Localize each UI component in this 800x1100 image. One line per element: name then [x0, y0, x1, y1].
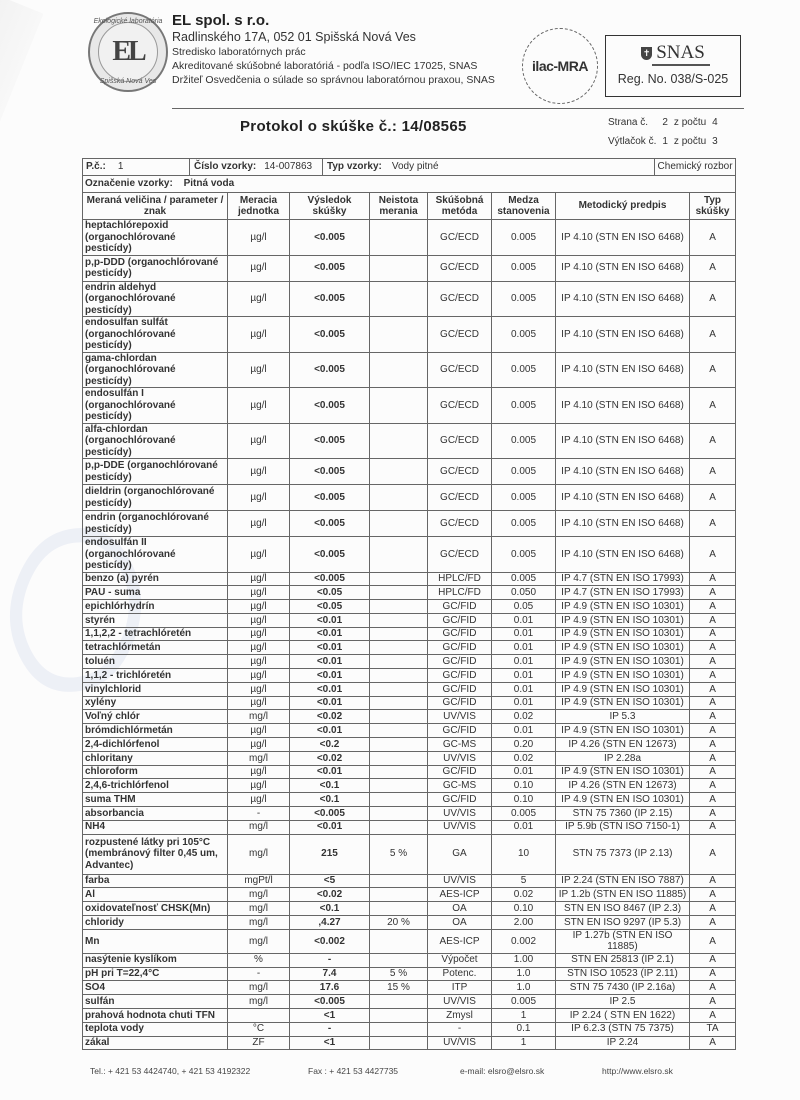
cell-method: HPLC/FD [428, 586, 492, 600]
cell-result: <0.005 [290, 485, 370, 511]
cell-method: UV/VIS [428, 995, 492, 1009]
cell-unit: µg/l [228, 600, 290, 614]
cell-result: <0.01 [290, 724, 370, 738]
cell-parameter: farba [83, 874, 228, 888]
cell-test-type: A [690, 765, 736, 779]
cislo-label: Číslo vzorky: [194, 161, 256, 173]
table-row: farbamgPt/l<5UV/VIS5IP 2.24 (STN EN ISO … [83, 874, 736, 888]
cell-uncertainty [370, 600, 428, 614]
cell-uncertainty [370, 423, 428, 459]
cell-unit: mg/l [228, 916, 290, 930]
cell-test-type: A [690, 388, 736, 424]
cell-regulation: IP 4.9 (STN EN ISO 10301) [556, 613, 690, 627]
cell-parameter: nasýtenie kyslíkom [83, 953, 228, 967]
cell-regulation: IP 5.9b (STN ISO 7150-1) [556, 820, 690, 834]
cell-method: GC/ECD [428, 281, 492, 317]
cell-result: <0.005 [290, 511, 370, 537]
cell-result: <1 [290, 1009, 370, 1023]
cell-method: GC/FID [428, 724, 492, 738]
cell-uncertainty: 5 % [370, 967, 428, 981]
cell-test-type: A [690, 967, 736, 981]
cell-parameter: 2,4,6-trichlórfenol [83, 779, 228, 793]
cell-result: <0.1 [290, 902, 370, 916]
cell-limit: 1.00 [492, 953, 556, 967]
cell-uncertainty [370, 902, 428, 916]
cell-limit: 0.01 [492, 724, 556, 738]
oznacenie-label: Označenie vzorky: [85, 178, 173, 189]
cell-unit [228, 1009, 290, 1023]
cell-method: - [428, 1022, 492, 1036]
cell-regulation: IP 4.10 (STN EN ISO 6468) [556, 423, 690, 459]
company-address: Radlinského 17A, 052 01 Spišská Nová Ves [172, 30, 495, 45]
table-row: PAU - sumaµg/l<0.05HPLC/FD0.050IP 4.7 (S… [83, 586, 736, 600]
cell-limit: 1 [492, 1009, 556, 1023]
cell-parameter: Al [83, 888, 228, 902]
cell-unit: µg/l [228, 511, 290, 537]
strana-total: 4 [712, 114, 722, 131]
table-row: p,p-DDD (organochlórované pesticídy)µg/l… [83, 255, 736, 281]
table-row: toluénµg/l<0.01GC/FID0.01IP 4.9 (STN EN … [83, 655, 736, 669]
cell-result: 215 [290, 834, 370, 874]
cell-limit: 0.20 [492, 738, 556, 752]
rozbor-label: Chemický rozbor [654, 159, 735, 175]
table-row: benzo (a) pyrénµg/l<0.005HPLC/FD0.005IP … [83, 572, 736, 586]
cell-test-type: A [690, 682, 736, 696]
cell-method: GC/ECD [428, 388, 492, 424]
cell-uncertainty [370, 738, 428, 752]
cell-parameter: xylény [83, 696, 228, 710]
cell-result: <0.005 [290, 807, 370, 821]
cell-limit: 0.050 [492, 586, 556, 600]
table-row: brómdichlórmetánµg/l<0.01GC/FID0.01IP 4.… [83, 724, 736, 738]
cell-test-type: A [690, 459, 736, 485]
cell-unit: - [228, 807, 290, 821]
table-row: gama-chlordan (organochlórované pesticíd… [83, 352, 736, 388]
cell-unit: - [228, 967, 290, 981]
cell-uncertainty [370, 751, 428, 765]
cell-parameter: epichlórhydrín [83, 600, 228, 614]
cell-test-type: A [690, 807, 736, 821]
cell-parameter: chloridy [83, 916, 228, 930]
ilac-label: ilac-MRA [532, 58, 588, 74]
cell-uncertainty [370, 388, 428, 424]
cell-parameter: prahová hodnota chuti TFN [83, 1009, 228, 1023]
cell-result: <0.01 [290, 627, 370, 641]
cell-method: UV/VIS [428, 751, 492, 765]
table-row: oxidovateľnosť CHSK(Mn)mg/l<0.1OA0.10STN… [83, 902, 736, 916]
cell-limit: 1 [492, 1036, 556, 1050]
cell-parameter: rozpustené látky pri 105°C (membránový f… [83, 834, 228, 874]
cell-parameter: 2,4-dichlórfenol [83, 738, 228, 752]
cell-method: UV/VIS [428, 807, 492, 821]
cell-limit: 0.005 [492, 459, 556, 485]
cell-result: <0.02 [290, 888, 370, 902]
cell-uncertainty [370, 537, 428, 573]
footer-website[interactable]: http://www.elsro.sk [602, 1066, 673, 1076]
cell-regulation: IP 1.2b (STN EN ISO 11885) [556, 888, 690, 902]
strana-total-label: z počtu [674, 114, 710, 131]
cell-unit: µg/l [228, 423, 290, 459]
cell-method: GC/FID [428, 669, 492, 683]
cell-parameter: zákal [83, 1036, 228, 1050]
cell-limit: 0.01 [492, 765, 556, 779]
cell-result: - [290, 1022, 370, 1036]
protocol-title: Protokol o skúške č.: 14/08565 [240, 118, 467, 135]
cell-regulation: IP 4.10 (STN EN ISO 6468) [556, 317, 690, 353]
cell-method: GC/FID [428, 641, 492, 655]
company-name: EL spol. s r.o. [172, 12, 495, 30]
cell-test-type: A [690, 281, 736, 317]
cell-method: GC/FID [428, 793, 492, 807]
cell-test-type: A [690, 981, 736, 995]
cell-result: <0.01 [290, 669, 370, 683]
typ-label: Typ vzorky: [327, 161, 382, 173]
cell-uncertainty [370, 255, 428, 281]
cell-test-type: A [690, 627, 736, 641]
table-row: chloroformµg/l<0.01GC/FID0.01IP 4.9 (STN… [83, 765, 736, 779]
cell-parameter: p,p-DDE (organochlórované pesticídy) [83, 459, 228, 485]
cell-regulation: IP 2.24 ( STN EN 1622) [556, 1009, 690, 1023]
cell-uncertainty [370, 995, 428, 1009]
cell-test-type: A [690, 255, 736, 281]
cell-parameter: SO4 [83, 981, 228, 995]
cell-limit: 0.005 [492, 807, 556, 821]
cell-test-type: A [690, 572, 736, 586]
cell-uncertainty: 5 % [370, 834, 428, 874]
snas-badge: ✝ SNAS Reg. No. 038/S-025 [605, 35, 741, 97]
cell-regulation: IP 4.10 (STN EN ISO 6468) [556, 220, 690, 256]
table-row: rozpustené látky pri 105°C (membránový f… [83, 834, 736, 874]
cell-result: 7.4 [290, 967, 370, 981]
cell-test-type: A [690, 600, 736, 614]
cell-uncertainty [370, 586, 428, 600]
cell-limit: 0.01 [492, 682, 556, 696]
cell-parameter: chloroform [83, 765, 228, 779]
cell-result: <0.005 [290, 317, 370, 353]
snas-reg-number: Reg. No. 038/S-025 [606, 72, 740, 86]
cell-parameter: p,p-DDD (organochlórované pesticídy) [83, 255, 228, 281]
cell-uncertainty [370, 669, 428, 683]
cell-parameter: sulfán [83, 995, 228, 1009]
cell-regulation: IP 2.28a [556, 751, 690, 765]
cell-limit: 0.01 [492, 696, 556, 710]
cell-unit: % [228, 953, 290, 967]
cell-uncertainty: 15 % [370, 981, 428, 995]
cell-uncertainty [370, 807, 428, 821]
cell-regulation: IP 4.9 (STN EN ISO 10301) [556, 724, 690, 738]
cell-regulation: IP 4.9 (STN EN ISO 10301) [556, 696, 690, 710]
cell-parameter: dieldrin (organochlórované pesticídy) [83, 485, 228, 511]
cell-regulation: IP 2.24 (STN EN ISO 7887) [556, 874, 690, 888]
cell-result: <0.005 [290, 352, 370, 388]
cell-limit: 0.02 [492, 888, 556, 902]
table-row: endosulfán II (organochlórované pesticíd… [83, 537, 736, 573]
cell-limit: 1.0 [492, 967, 556, 981]
cell-parameter: brómdichlórmetán [83, 724, 228, 738]
cell-unit: µg/l [228, 765, 290, 779]
cell-result: 17.6 [290, 981, 370, 995]
cell-method: GC/ECD [428, 537, 492, 573]
cell-method: UV/VIS [428, 820, 492, 834]
cell-uncertainty [370, 1009, 428, 1023]
cell-regulation: IP 4.7 (STN EN ISO 17993) [556, 586, 690, 600]
cell-unit: µg/l [228, 738, 290, 752]
cell-unit: mg/l [228, 929, 290, 953]
cell-method: GC/ECD [428, 255, 492, 281]
cell-method: GC/ECD [428, 352, 492, 388]
cell-unit: µg/l [228, 572, 290, 586]
cell-regulation: IP 4.10 (STN EN ISO 6468) [556, 255, 690, 281]
cell-parameter: NH4 [83, 820, 228, 834]
cell-unit: mg/l [228, 751, 290, 765]
cell-test-type: A [690, 724, 736, 738]
cell-unit: µg/l [228, 641, 290, 655]
cell-limit: 0.005 [492, 352, 556, 388]
cell-regulation: IP 4.9 (STN EN ISO 10301) [556, 600, 690, 614]
cell-parameter: gama-chlordan (organochlórované pesticíd… [83, 352, 228, 388]
cell-method: GC/ECD [428, 317, 492, 353]
cell-method: UV/VIS [428, 1036, 492, 1050]
cell-limit: 0.10 [492, 779, 556, 793]
cell-uncertainty [370, 627, 428, 641]
cell-limit: 5 [492, 874, 556, 888]
logo-monogram: EL [98, 22, 158, 82]
cell-parameter: alfa-chlordan (organochlórované pesticíd… [83, 423, 228, 459]
cell-uncertainty [370, 1022, 428, 1036]
cell-result: <0.1 [290, 793, 370, 807]
cell-test-type: A [690, 779, 736, 793]
table-row: absorbancia-<0.005UV/VIS0.005STN 75 7360… [83, 807, 736, 821]
table-row: SO4mg/l17.615 %ITP1.0STN 75 7430 (IP 2.1… [83, 981, 736, 995]
cell-result: <0.005 [290, 388, 370, 424]
cell-limit: 0.005 [492, 537, 556, 573]
cell-regulation: IP 4.10 (STN EN ISO 6468) [556, 388, 690, 424]
cell-unit: µg/l [228, 281, 290, 317]
table-row: nasýtenie kyslíkom%-Výpočet1.00STN EN 25… [83, 953, 736, 967]
col-header-uncertainty: Neistota merania [370, 193, 428, 220]
cell-uncertainty [370, 281, 428, 317]
cell-test-type: A [690, 1009, 736, 1023]
cell-regulation: IP 6.2.3 (STN 75 7375) [556, 1022, 690, 1036]
cell-unit: µg/l [228, 317, 290, 353]
vytlacok-value: 1 [662, 133, 672, 150]
cell-test-type: A [690, 511, 736, 537]
cislo-value: 14-007863 [264, 161, 312, 173]
cell-parameter: endrin (organochlórované pesticídy) [83, 511, 228, 537]
cell-parameter: tetrachlórmetán [83, 641, 228, 655]
cell-parameter: pH pri T=22,4°C [83, 967, 228, 981]
cell-parameter: 1,1,2,2 - tetrachlóretén [83, 627, 228, 641]
table-row: pH pri T=22,4°C-7.45 %Potenc.1.0STN ISO … [83, 967, 736, 981]
cell-uncertainty [370, 820, 428, 834]
cell-result: - [290, 953, 370, 967]
cell-regulation: STN EN ISO 8467 (IP 2.3) [556, 902, 690, 916]
table-header-row: Meraná veličina / parameter / znak Merac… [83, 193, 736, 220]
cell-regulation: IP 4.9 (STN EN ISO 10301) [556, 627, 690, 641]
cell-unit: mg/l [228, 995, 290, 1009]
cell-method: UV/VIS [428, 874, 492, 888]
cell-result: ,4.27 [290, 916, 370, 930]
cell-test-type: A [690, 696, 736, 710]
cell-unit: µg/l [228, 779, 290, 793]
cell-result: <0.01 [290, 613, 370, 627]
footer-email[interactable]: e-mail: elsro@elsro.sk [460, 1066, 544, 1076]
cell-unit: mg/l [228, 834, 290, 874]
cell-uncertainty [370, 888, 428, 902]
cell-result: <0.2 [290, 738, 370, 752]
cell-method: OA [428, 902, 492, 916]
cell-method: GC/ECD [428, 459, 492, 485]
company-line-3: Držiteľ Osvedčenia o súlade so správnou … [172, 73, 495, 87]
cell-limit: 2.00 [492, 916, 556, 930]
cell-result: <5 [290, 874, 370, 888]
company-line-1: Stredisko laboratórnych prác [172, 45, 495, 59]
cell-unit: µg/l [228, 627, 290, 641]
table-row: endosulfán I (organochlórované pesticídy… [83, 388, 736, 424]
cell-regulation: STN 75 7373 (IP 2.13) [556, 834, 690, 874]
cell-test-type: A [690, 953, 736, 967]
cell-method: AES-ICP [428, 929, 492, 953]
cell-result: <0.01 [290, 655, 370, 669]
cell-limit: 0.01 [492, 820, 556, 834]
cell-unit: mg/l [228, 981, 290, 995]
cell-limit: 0.002 [492, 929, 556, 953]
cell-unit: mg/l [228, 888, 290, 902]
cell-test-type: A [690, 834, 736, 874]
cell-test-type: A [690, 586, 736, 600]
cell-limit: 1.0 [492, 981, 556, 995]
cell-limit: 0.005 [492, 423, 556, 459]
cell-regulation: STN 75 7430 (IP 2.16a) [556, 981, 690, 995]
cell-regulation: IP 4.10 (STN EN ISO 6468) [556, 352, 690, 388]
oznacenie-value: Pitná voda [184, 178, 235, 189]
table-row: zákalZF<1UV/VIS1IP 2.24A [83, 1036, 736, 1050]
cell-method: Potenc. [428, 967, 492, 981]
cell-method: GC-MS [428, 779, 492, 793]
cell-uncertainty [370, 710, 428, 724]
cell-unit: µg/l [228, 682, 290, 696]
cell-test-type: A [690, 613, 736, 627]
sample-info-row: P.č.: 1 Číslo vzorky: 14-007863 Typ vzor… [83, 159, 736, 176]
cell-regulation: IP 4.10 (STN EN ISO 6468) [556, 485, 690, 511]
table-row: alfa-chlordan (organochlórované pesticíd… [83, 423, 736, 459]
cell-limit: 0.10 [492, 902, 556, 916]
cell-result: <0.02 [290, 710, 370, 724]
table-row: endrin (organochlórované pesticídy)µg/l<… [83, 511, 736, 537]
table-row: Almg/l<0.02AES-ICP0.02IP 1.2b (STN EN IS… [83, 888, 736, 902]
cell-test-type: A [690, 710, 736, 724]
cell-uncertainty [370, 1036, 428, 1050]
cell-test-type: A [690, 916, 736, 930]
cell-result: <0.005 [290, 423, 370, 459]
logo-ring-top-text: Ekologické laboratória [90, 18, 166, 25]
cell-unit: µg/l [228, 220, 290, 256]
company-line-2: Akreditované skúšobné laboratóriá - podľ… [172, 59, 495, 73]
cell-result: <0.002 [290, 929, 370, 953]
cell-result: <0.1 [290, 779, 370, 793]
cell-uncertainty [370, 779, 428, 793]
cell-test-type: TA [690, 1022, 736, 1036]
cell-method: GA [428, 834, 492, 874]
cell-unit: µg/l [228, 388, 290, 424]
cell-uncertainty [370, 696, 428, 710]
cell-regulation: IP 4.10 (STN EN ISO 6468) [556, 459, 690, 485]
cell-uncertainty [370, 724, 428, 738]
cell-unit: µg/l [228, 655, 290, 669]
cell-unit: µg/l [228, 352, 290, 388]
pc-label: P.č.: [86, 161, 106, 173]
table-row: NH4mg/l<0.01UV/VIS0.01IP 5.9b (STN ISO 7… [83, 820, 736, 834]
cell-result: <0.05 [290, 600, 370, 614]
cell-parameter: toluén [83, 655, 228, 669]
cell-method: GC/ECD [428, 511, 492, 537]
table-row: styrénµg/l<0.01GC/FID0.01IP 4.9 (STN EN … [83, 613, 736, 627]
cell-uncertainty [370, 874, 428, 888]
cell-result: <0.01 [290, 820, 370, 834]
cell-parameter: endosulfan sulfát (organochlórované pest… [83, 317, 228, 353]
lab-logo: Ekologické laboratória EL Spišská Nová V… [88, 12, 168, 92]
cell-unit: mgPt/l [228, 874, 290, 888]
cell-test-type: A [690, 793, 736, 807]
cell-limit: 0.05 [492, 600, 556, 614]
cell-method: UV/VIS [428, 710, 492, 724]
cell-limit: 0.10 [492, 793, 556, 807]
typ-value: Vody pitné [392, 161, 439, 173]
cell-regulation: IP 1.27b (STN EN ISO 11885) [556, 929, 690, 953]
cell-result: <0.02 [290, 751, 370, 765]
table-row: vinylchloridµg/l<0.01GC/FID0.01IP 4.9 (S… [83, 682, 736, 696]
cell-limit: 0.01 [492, 627, 556, 641]
shield-icon: ✝ [641, 47, 652, 60]
cell-test-type: A [690, 929, 736, 953]
cell-method: GC/FID [428, 627, 492, 641]
cell-regulation: IP 4.10 (STN EN ISO 6468) [556, 537, 690, 573]
cell-test-type: A [690, 669, 736, 683]
cell-limit: 0.005 [492, 511, 556, 537]
cell-regulation: STN 75 7360 (IP 2.15) [556, 807, 690, 821]
cell-method: GC/ECD [428, 485, 492, 511]
table-row: sulfánmg/l<0.005UV/VIS0.005IP 2.5A [83, 995, 736, 1009]
logo-ring-bottom-text: Spišská Nová Ves [90, 78, 166, 85]
cell-unit: µg/l [228, 613, 290, 627]
cell-test-type: A [690, 874, 736, 888]
cell-limit: 0.005 [492, 317, 556, 353]
cell-method: Zmysl [428, 1009, 492, 1023]
cell-parameter: suma THM [83, 793, 228, 807]
cell-limit: 0.005 [492, 485, 556, 511]
cell-limit: 0.01 [492, 669, 556, 683]
cell-regulation: IP 4.10 (STN EN ISO 6468) [556, 511, 690, 537]
results-table: P.č.: 1 Číslo vzorky: 14-007863 Typ vzor… [82, 158, 736, 1050]
cell-result: <0.005 [290, 255, 370, 281]
table-row: p,p-DDE (organochlórované pesticídy)µg/l… [83, 459, 736, 485]
cell-test-type: A [690, 1036, 736, 1050]
col-header-method: Skúšobná metóda [428, 193, 492, 220]
cell-parameter: 1,1,2 - trichlóretén [83, 669, 228, 683]
cell-limit: 10 [492, 834, 556, 874]
table-row: endosulfan sulfát (organochlórované pest… [83, 317, 736, 353]
cell-unit: ZF [228, 1036, 290, 1050]
cell-result: <0.01 [290, 641, 370, 655]
cell-regulation: IP 5.3 [556, 710, 690, 724]
cell-result: <0.005 [290, 995, 370, 1009]
cell-uncertainty [370, 641, 428, 655]
cell-test-type: A [690, 751, 736, 765]
cell-result: <1 [290, 1036, 370, 1050]
cell-result: <0.01 [290, 682, 370, 696]
cell-unit: µg/l [228, 537, 290, 573]
strana-label: Strana č. [608, 114, 660, 131]
